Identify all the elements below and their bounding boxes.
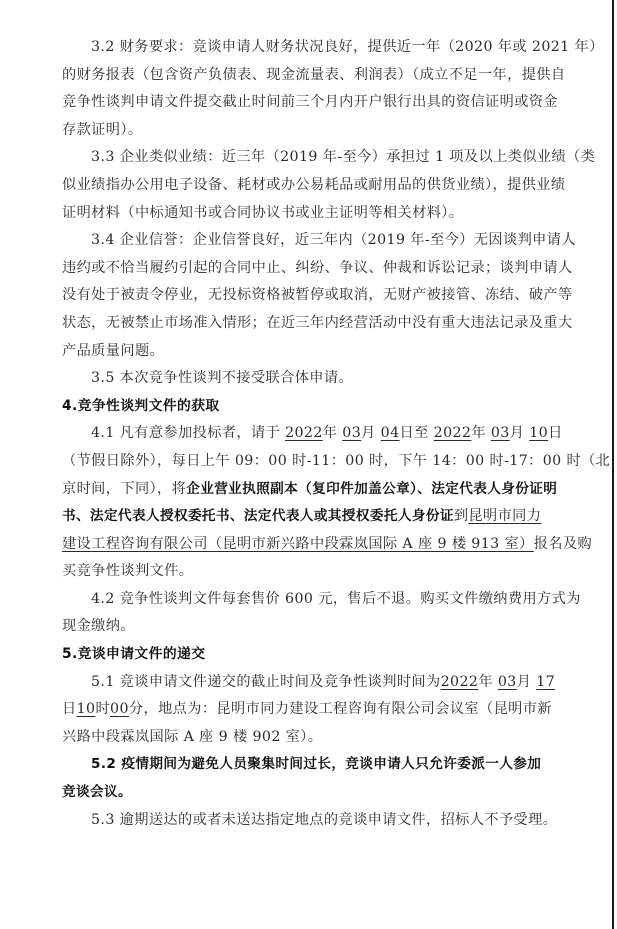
clause-3-2-line-2: 的财务报表（包含资产负债表、现金流量表、利润表）（成立不足一年，提供自 <box>62 62 592 90</box>
clause-5-1-line-2: 日10时00分，地点为：昆明市同力建设工程咨询有限公司会议室（昆明市新 <box>62 696 592 724</box>
clause-3-5: 3.5 本次竞争性谈判不接受联合体申请。 <box>62 365 592 393</box>
agency-address-underlined: 建设工程咨询有限公司（昆明市新兴路中段霖岚国际 A 座 9 楼 913 室） <box>62 536 534 552</box>
clause-4-1-line-2: （节假日除外），每日上午 09：00 时-11：00 时，下午 14：00 时-… <box>62 448 592 476</box>
clause-5-1-location: 分，地点为：昆明市同力建设工程咨询有限公司会议室（昆明市新 <box>129 701 552 717</box>
clause-4-1-intro: 4.1 凡有意参加投标者，请于 <box>91 425 280 441</box>
clause-4-1-text: 京时间，下同），将 <box>62 481 186 497</box>
clause-4-1-line-6: 买竞争性谈判文件。 <box>62 558 592 586</box>
end-year: 2022 <box>434 425 472 441</box>
deadline-year: 2022 <box>441 674 479 690</box>
deadline-hour: 10 <box>77 701 96 717</box>
clause-4-1-line-1: 4.1 凡有意参加投标者，请于 2022年 03月 04日至 2022年 03月… <box>62 420 592 448</box>
month-label: 月 <box>361 425 376 441</box>
required-documents-bold: 企业营业执照副本（复印件加盖公章）、法定代表人身份证明 <box>186 481 557 497</box>
clause-4-1-text: 报名及购 <box>534 536 592 552</box>
clause-3-2-line-4: 存款证明）。 <box>62 117 592 145</box>
clause-3-4-line-4: 状态，无被禁止市场准入情形；在近三年内经营活动中没有重大违法记录及重大 <box>62 310 592 338</box>
clause-5-2-line-2: 竞谈会议。 <box>62 779 592 807</box>
day-label: 日 <box>62 701 77 717</box>
agency-name-underlined: 昆明市同力 <box>468 508 541 524</box>
clause-5-3: 5.3 逾期送达的或者未送达指定地点的竞谈申请文件，招标人不予受理。 <box>62 807 592 835</box>
required-documents-bold: 书、法定代表人授权委托书、法定代表人或其授权委托人身份证 <box>62 508 454 524</box>
clause-4-1-text: 到 <box>454 508 469 524</box>
clause-3-4-line-1: 3.4 企业信誉：企业信誉良好，近三年内（2019 年-至今）无因谈判申请人 <box>62 227 592 255</box>
start-year: 2022 <box>285 425 323 441</box>
year-label: 年 <box>471 425 486 441</box>
clause-4-1-line-4: 书、法定代表人授权委托书、法定代表人或其授权委托人身份证到昆明市同力 <box>62 503 592 531</box>
section-4-heading: 4.竞争性谈判文件的获取 <box>62 393 592 421</box>
month-label: 月 <box>517 674 532 690</box>
clause-3-4-line-3: 没有处于被责令停业，无投标资格被暂停或取消，无财产被接管、冻结、破产等 <box>62 282 592 310</box>
clause-5-1-intro: 5.1 竞谈申请文件递交的截止时间及竞争性谈判时间为 <box>91 674 441 690</box>
clause-3-4-line-2: 违约或不恰当履约引起的合同中止、纠纷、争议、仲裁和诉讼记录；谈判申请人 <box>62 255 592 283</box>
clause-3-4-line-5: 产品质量问题。 <box>62 338 592 366</box>
end-day: 10 <box>529 425 548 441</box>
page-edge-border <box>612 0 614 929</box>
clause-3-3-line-2: 似业绩指办公用电子设备、耗材或办公易耗品或耐用品的供货业绩），提供业绩 <box>62 172 592 200</box>
start-month: 03 <box>342 425 361 441</box>
deadline-day: 17 <box>536 674 555 690</box>
day-label: 日 <box>548 425 563 441</box>
clause-4-2-line-2: 现金缴纳。 <box>62 613 592 641</box>
clause-3-2-line-1: 3.2 财务要求：竞谈申请人财务状况良好，提供近一年（2020 年或 2021 … <box>62 34 592 62</box>
deadline-minute: 00 <box>110 701 129 717</box>
clause-5-2-line-1: 5.2 疫情期间为避免人员聚集时间过长，竞谈申请人只允许委派一人参加 <box>62 751 592 779</box>
year-label: 年 <box>323 425 338 441</box>
clause-5-1-line-3: 兴路中段霖岚国际 A 座 9 楼 902 室）。 <box>62 724 592 752</box>
document-page: 3.2 财务要求：竞谈申请人财务状况良好，提供近一年（2020 年或 2021 … <box>62 34 592 834</box>
section-5-heading: 5.竞谈申请文件的递交 <box>62 641 592 669</box>
deadline-month: 03 <box>498 674 517 690</box>
clause-3-3-line-1: 3.3 企业类似业绩：近三年（2019 年-至今）承担过 1 项及以上类似业绩（… <box>62 144 592 172</box>
month-label: 月 <box>510 425 525 441</box>
year-label: 年 <box>478 674 493 690</box>
clause-4-1-line-5: 建设工程咨询有限公司（昆明市新兴路中段霖岚国际 A 座 9 楼 913 室）报名… <box>62 531 592 559</box>
clause-5-1-line-1: 5.1 竞谈申请文件递交的截止时间及竞争性谈判时间为2022年 03月 17 <box>62 669 592 697</box>
clause-3-3-line-3: 证明材料（中标通知书或合同协议书或业主证明等相关材料）。 <box>62 200 592 228</box>
clause-4-1-line-3: 京时间，下同），将企业营业执照副本（复印件加盖公章）、法定代表人身份证明 <box>62 476 592 504</box>
clause-4-2-line-1: 4.2 竞争性谈判文件每套售价 600 元，售后不退。购买文件缴纳费用方式为 <box>62 586 592 614</box>
hour-label: 时 <box>95 701 110 717</box>
day-to-label: 日至 <box>400 425 429 441</box>
end-month: 03 <box>491 425 510 441</box>
clause-3-2-line-3: 竞争性谈判申请文件提交截止时间前三个月内开户银行出具的资信证明或资金 <box>62 89 592 117</box>
start-day: 04 <box>381 425 400 441</box>
